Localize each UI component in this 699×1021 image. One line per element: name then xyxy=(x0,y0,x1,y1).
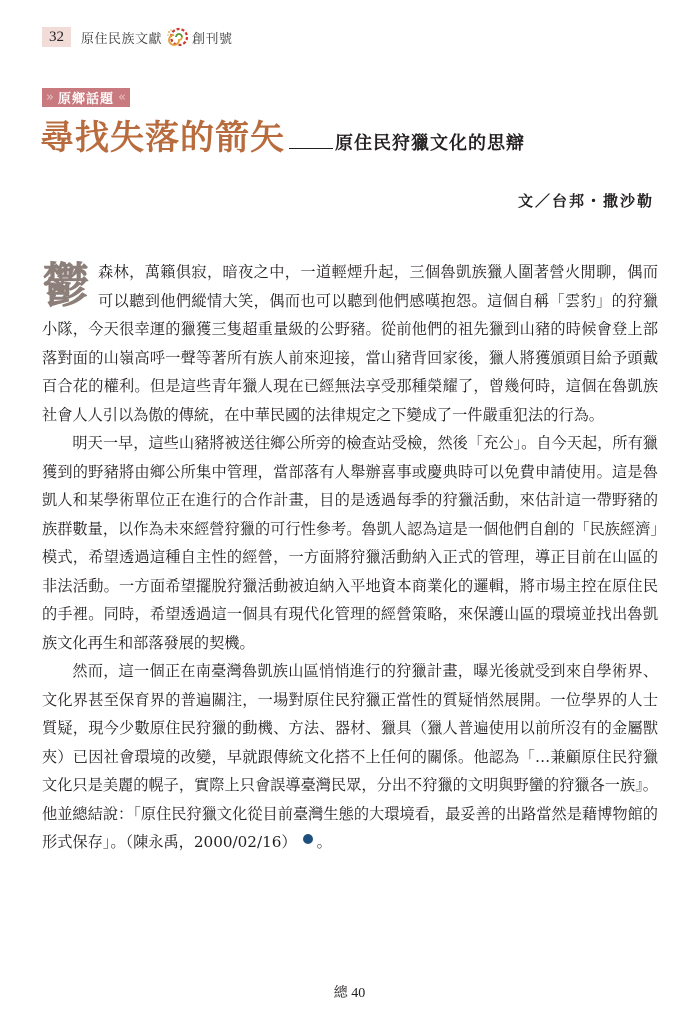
issue-name: 創刊號 xyxy=(192,28,233,47)
title-dash-divider xyxy=(289,148,333,150)
paragraph-1-text: 森林，萬籟俱寂，暗夜之中，一道輕煙升起，三個魯凱族獵人圍著營火閒聊，偶而可以聽到… xyxy=(42,263,658,424)
article-title-row: 尋找失落的箭矢 原住民狩獵文化的思辯 xyxy=(40,110,525,159)
journal-name: 原住民族文獻 xyxy=(81,28,162,47)
section-tag: » 原鄉話題 « xyxy=(42,88,130,107)
article-subtitle: 原住民狩獵文化的思辯 xyxy=(335,129,525,155)
paragraph-3: 然而，這一個正在南臺灣魯凱族山區悄悄進行的狩獵計畫，曝光後就受到來自學術界、文化… xyxy=(42,657,658,857)
paragraph-2: 明天一早，這些山豬將被送往鄉公所旁的檢查站受檢，然後「充公」。自今天起，所有獵獲… xyxy=(42,429,658,657)
journal-spiral-logo-icon xyxy=(166,26,188,48)
paragraph-3-end: 。 xyxy=(317,833,332,851)
total-page-number: 總 40 xyxy=(0,982,699,1002)
running-header: 32 原住民族文獻 創刊號 xyxy=(42,26,233,48)
section-tag-label: 原鄉話題 xyxy=(54,88,118,107)
chevron-right-double-icon: » xyxy=(46,91,54,104)
paragraph-3-text: 然而，這一個正在南臺灣魯凱族山區悄悄進行的狩獵計畫，曝光後就受到來自學術界、文化… xyxy=(42,662,658,851)
paragraph-1: 鬱森林，萬籟俱寂，暗夜之中，一道輕煙升起，三個魯凱族獵人圍著營火閒聊，偶而可以聽… xyxy=(42,258,658,429)
byline: 文／台邦・撒沙勒 xyxy=(518,190,654,211)
footnote-marker-icon[interactable]: 1 xyxy=(303,834,313,844)
dropcap: 鬱 xyxy=(42,261,90,311)
chevron-left-double-icon: « xyxy=(118,91,126,104)
page-number: 32 xyxy=(42,27,71,47)
article-body: 鬱森林，萬籟俱寂，暗夜之中，一道輕煙升起，三個魯凱族獵人圍著營火閒聊，偶而可以聽… xyxy=(42,258,658,857)
article-title: 尋找失落的箭矢 xyxy=(40,110,285,159)
